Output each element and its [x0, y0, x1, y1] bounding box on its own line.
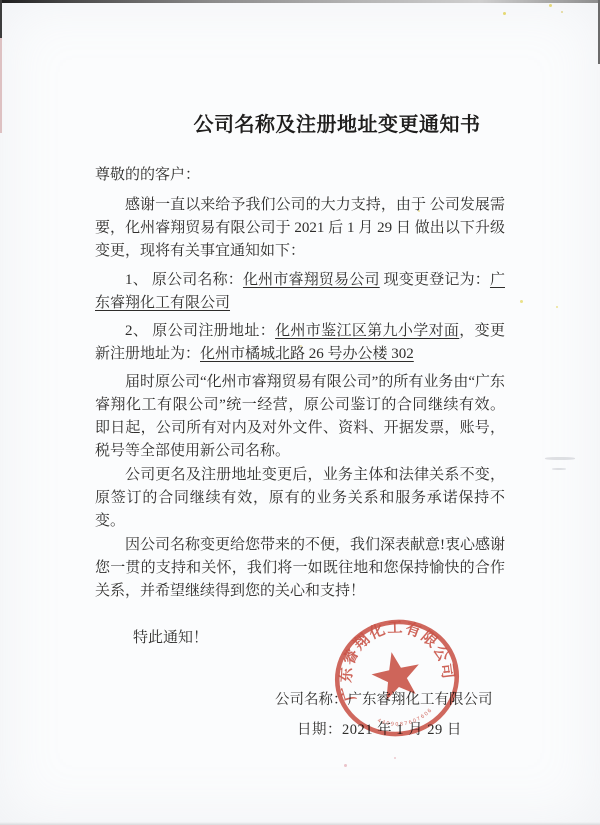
- scan-speckle: [561, 11, 563, 13]
- scan-smudge: [552, 468, 566, 470]
- scan-edge-left-tint: [0, 38, 2, 133]
- seal-serial-number: 4409087607606: [375, 706, 436, 733]
- scan-speckle: [549, 4, 552, 7]
- body-paragraph-business: 届时原公司“化州市睿翔贸易有限公司”的所有业务由“广东睿翔化工有限公司”统一经营…: [95, 371, 505, 463]
- scanned-document-page: 公司名称及注册地址变更通知书 尊敬的的客户： 感谢一直以来给予我们公司的大力支持…: [0, 0, 600, 825]
- item1-connector: 现变更登记为：: [380, 272, 490, 288]
- item2-label: 2、 原公司注册地址：: [125, 323, 275, 339]
- item1-label: 1、 原公司名称：: [125, 272, 243, 288]
- signature-date-label: 日期：: [297, 722, 342, 738]
- item1-old-company-name: 化州市睿翔贸易公司: [243, 272, 380, 288]
- scan-speckle: [556, 306, 558, 308]
- body-paragraph-legal: 公司更名及注册地址变更后，业务主体和法律关系不变，原签订的合同继续有效，原有的业…: [95, 464, 505, 533]
- intro-paragraph: 感谢一直以来给予我们公司的大力支持，由于 公司发展需要，化州睿翔贸易有限公司于 …: [95, 194, 505, 263]
- item2-new-address: 化州市橘城北路 26 号办公楼 302: [200, 346, 414, 362]
- body-paragraph-apology: 因公司名称变更给您带来的不便，我们深表献意!衷心感谢您一贯的支持和关怀，我们将一…: [95, 534, 505, 603]
- scan-speckle: [520, 300, 523, 303]
- item2-old-address: 化州市鉴江区第九小学对面: [275, 323, 459, 339]
- document-title: 公司名称及注册地址变更通知书: [95, 112, 505, 138]
- item-address-change: 2、 原公司注册地址：化州市鉴江区第九小学对面，变更新注册地址为：化州市橘城北路…: [95, 320, 505, 366]
- svg-text:4409087607606: 4409087607606: [375, 706, 436, 733]
- item-company-name-change: 1、 原公司名称：化州市睿翔贸易公司 现变更登记为：广东睿翔化工有限公司: [95, 269, 505, 315]
- scan-speckle: [394, 757, 396, 759]
- scan-speckle: [344, 764, 347, 767]
- greeting-line: 尊敬的的客户：: [95, 164, 505, 187]
- seal-star-icon: [368, 647, 425, 702]
- scan-edge-left: [0, 0, 2, 38]
- scan-speckle: [503, 12, 506, 15]
- scan-edge-top: [0, 0, 600, 3]
- scan-smudge: [545, 457, 575, 460]
